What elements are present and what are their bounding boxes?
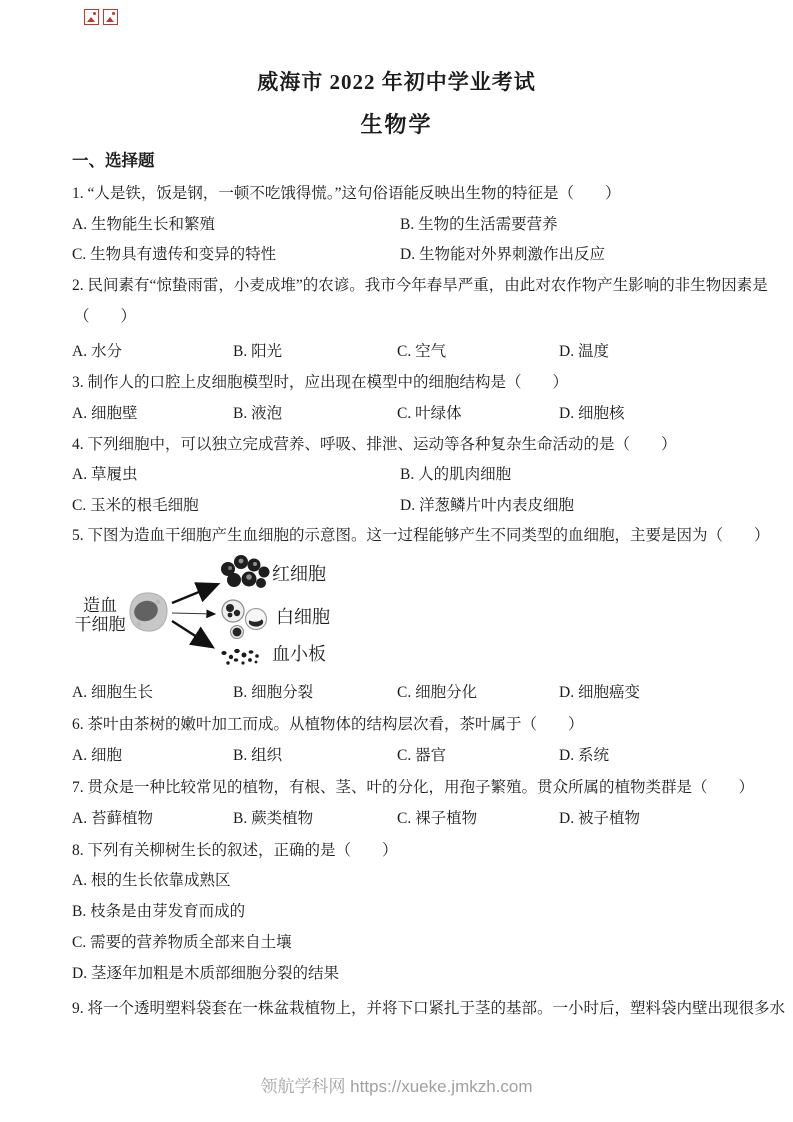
arrow-icon xyxy=(172,613,214,614)
option-item: D. 系统 xyxy=(559,745,609,766)
stem-cell-label: 造血 干细胞 xyxy=(70,596,130,634)
option-item: B. 液泡 xyxy=(233,403,282,424)
exam-subject-title: 生物学 xyxy=(0,108,793,139)
text-row: B. 枝条是由芽发育而成的 xyxy=(0,901,793,923)
option-item: D. 茎逐年加粗是木质部细胞分裂的结果 xyxy=(72,963,339,984)
text-row: C. 生物具有遗传和变异的特性D. 生物能对外界刺激作出反应 xyxy=(0,244,793,266)
arrow-icon xyxy=(172,621,211,646)
exam-paper-page: 威海市 2022 年初中学业考试 生物学 一、选择题1. “人是铁，饭是钢，一顿… xyxy=(0,0,793,1122)
option-item: C. 生物具有遗传和变异的特性 xyxy=(72,244,276,265)
option-item: C. 玉米的根毛细胞 xyxy=(72,495,199,516)
question-text: 9. 将一个透明塑料袋套在一株盆栽植物上，并将下口紧扎于茎的基部。一小时后，塑料… xyxy=(72,998,785,1019)
text-row: 9. 将一个透明塑料袋套在一株盆栽植物上，并将下口紧扎于茎的基部。一小时后，塑料… xyxy=(0,998,793,1020)
text-row: A. 细胞壁B. 液泡C. 叶绿体D. 细胞核 xyxy=(0,403,793,425)
option-item: C. 裸子植物 xyxy=(397,808,477,829)
text-row: A. 细胞生长B. 细胞分裂C. 细胞分化D. 细胞癌变 xyxy=(0,682,793,704)
stem-cell-shape xyxy=(130,593,167,631)
text-row: 2. 民间素有“惊蛰雨雷，小麦成堆”的农谚。我市今年春旱严重，由此对农作物产生影… xyxy=(0,275,793,297)
option-item: A. 苔藓植物 xyxy=(72,808,153,829)
text-row: 6. 茶叶由茶树的嫩叶加工而成。从植物体的结构层次看，茶叶属于（ ） xyxy=(0,714,793,736)
option-item: D. 洋葱鳞片叶内表皮细胞 xyxy=(400,495,574,516)
stem-cell-label-line1: 造血 xyxy=(70,596,130,615)
question-text: 3. 制作人的口腔上皮细胞模型时，应出现在模型中的细胞结构是（ ） xyxy=(72,372,568,393)
text-row: A. 根的生长依靠成熟区 xyxy=(0,870,793,892)
text-row: A. 水分B. 阳光C. 空气D. 温度 xyxy=(0,341,793,363)
text-row: D. 茎逐年加粗是木质部细胞分裂的结果 xyxy=(0,963,793,985)
option-item: A. 细胞生长 xyxy=(72,682,153,703)
header-stamp-icons xyxy=(84,9,118,25)
option-item: D. 被子植物 xyxy=(559,808,640,829)
exam-title: 威海市 2022 年初中学业考试 xyxy=(0,66,793,96)
option-item: B. 细胞分裂 xyxy=(233,682,313,703)
question-text: 4. 下列细胞中，可以独立完成营养、呼吸、排泄、运动等各种复杂生命活动的是（ ） xyxy=(72,434,677,455)
option-item: D. 生物能对外界刺激作出反应 xyxy=(400,244,605,265)
broken-image-icon xyxy=(103,9,118,25)
platelets-shape xyxy=(221,649,258,665)
broken-image-icon xyxy=(84,9,99,25)
option-item: A. 细胞壁 xyxy=(72,403,137,424)
text-row: 8. 下列有关柳树生长的叙述，正确的是（ ） xyxy=(0,840,793,862)
option-item: A. 根的生长依靠成熟区 xyxy=(72,870,230,891)
question-text: 8. 下列有关柳树生长的叙述，正确的是（ ） xyxy=(72,840,398,861)
text-row: 1. “人是铁，饭是钢，一顿不吃饿得慌。”这句俗语能反映出生物的特征是（ ） xyxy=(0,183,793,205)
option-item: C. 细胞分化 xyxy=(397,682,477,703)
option-item: B. 生物的生活需要营养 xyxy=(400,214,558,235)
red-cell-label: 红细胞 xyxy=(272,564,326,584)
text-row: 7. 贯众是一种比较常见的植物，有根、茎、叶的分化，用孢子繁殖。贯众所属的植物类… xyxy=(0,777,793,799)
arrow-icon xyxy=(172,585,216,603)
text-row: （ ） xyxy=(0,306,793,328)
option-item: A. 细胞 xyxy=(72,745,122,766)
red-blood-cells-shape xyxy=(221,555,270,588)
platelet-label: 血小板 xyxy=(272,644,326,664)
white-blood-cells-shape xyxy=(222,600,267,639)
text-row: A. 细胞B. 组织C. 器官D. 系统 xyxy=(0,745,793,767)
text-row: 一、选择题 xyxy=(0,150,793,172)
option-item: C. 叶绿体 xyxy=(397,403,462,424)
watermark-footer: 领航学科网 https://xueke.jmkzh.com xyxy=(0,1072,793,1097)
question-text: 2. 民间素有“惊蛰雨雷，小麦成堆”的农谚。我市今年春旱严重，由此对农作物产生影… xyxy=(72,275,768,296)
question-text: 6. 茶叶由茶树的嫩叶加工而成。从植物体的结构层次看，茶叶属于（ ） xyxy=(72,714,584,735)
question-text: （ ） xyxy=(74,306,136,327)
option-item: A. 水分 xyxy=(72,341,122,362)
text-row: 3. 制作人的口腔上皮细胞模型时，应出现在模型中的细胞结构是（ ） xyxy=(0,372,793,394)
option-item: D. 细胞核 xyxy=(559,403,624,424)
question-text: 5. 下图为造血干细胞产生血细胞的示意图。这一过程能够产生不同类型的血细胞，主要… xyxy=(72,525,770,546)
text-row: C. 需要的营养物质全部来自土壤 xyxy=(0,932,793,954)
option-item: C. 需要的营养物质全部来自土壤 xyxy=(72,932,292,953)
text-row: 5. 下图为造血干细胞产生血细胞的示意图。这一过程能够产生不同类型的血细胞，主要… xyxy=(0,525,793,547)
option-item: B. 组织 xyxy=(233,745,282,766)
text-row: 4. 下列细胞中，可以独立完成营养、呼吸、排泄、运动等各种复杂生命活动的是（ ） xyxy=(0,434,793,456)
option-item: B. 蕨类植物 xyxy=(233,808,313,829)
text-row: A. 苔藓植物B. 蕨类植物C. 裸子植物D. 被子植物 xyxy=(0,808,793,830)
option-item: C. 空气 xyxy=(397,341,446,362)
option-item: B. 阳光 xyxy=(233,341,282,362)
stem-cell-label-line2: 干细胞 xyxy=(70,615,130,634)
option-item: D. 细胞癌变 xyxy=(559,682,640,703)
question-text: 1. “人是铁，饭是钢，一顿不吃饿得慌。”这句俗语能反映出生物的特征是（ ） xyxy=(72,183,621,204)
option-item: B. 枝条是由芽发育而成的 xyxy=(72,901,245,922)
option-item: A. 草履虫 xyxy=(72,464,137,485)
option-item: C. 器官 xyxy=(397,745,446,766)
text-row: A. 草履虫B. 人的肌肉细胞 xyxy=(0,464,793,486)
option-item: A. 生物能生长和繁殖 xyxy=(72,214,215,235)
white-cell-label: 白细胞 xyxy=(276,607,330,627)
text-row: C. 玉米的根毛细胞D. 洋葱鳞片叶内表皮细胞 xyxy=(0,495,793,517)
section-heading: 一、选择题 xyxy=(72,150,155,171)
question-text: 7. 贯众是一种比较常见的植物，有根、茎、叶的分化，用孢子繁殖。贯众所属的植物类… xyxy=(72,777,754,798)
option-item: D. 温度 xyxy=(559,341,609,362)
text-row: A. 生物能生长和繁殖B. 生物的生活需要营养 xyxy=(0,214,793,236)
option-item: B. 人的肌肉细胞 xyxy=(400,464,511,485)
